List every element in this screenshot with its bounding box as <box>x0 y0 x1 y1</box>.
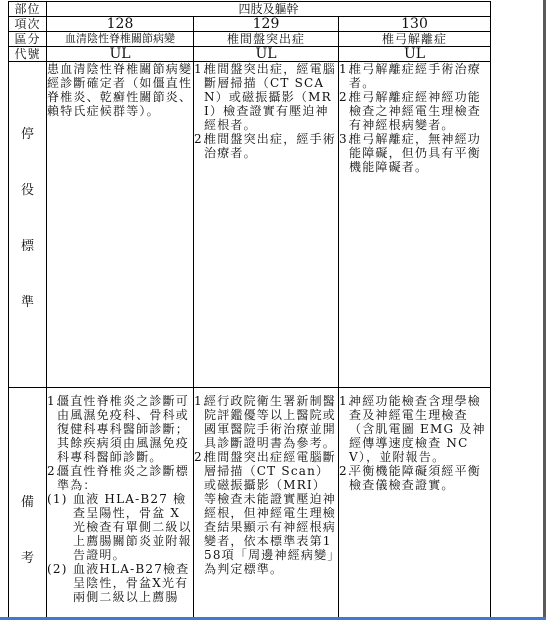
list-item: 1. 神經功能檢查含理學檢查及神經電生理檢查（含肌電圖 EMG 及神經傳導速度檢… <box>339 394 490 464</box>
list-item: 2. 平衡機能障礙須經平衡檢查儀檢查證實。 <box>339 464 490 492</box>
list-item: 1. 椎間盤突出症，經電腦斷層掃描（CT SCAN）或磁振攝影（MRI）檢查證實… <box>194 62 338 132</box>
part-row: 部位 四肢及軀幹 <box>9 2 491 17</box>
list-item: 3. 椎弓解離症，無神經功能障礙，但仍具有平衡機能障礙者。 <box>339 132 490 174</box>
standard-label-char: 役 <box>9 184 46 198</box>
standard-label-char: 準 <box>9 296 46 310</box>
part-value: 四肢及軀幹 <box>47 2 491 17</box>
remarks-129: 1. 經行政院衛生署新制醫院評鑑優等以上醫院或國軍醫院手術治療並開具診斷證明書為… <box>194 388 339 618</box>
code-label: 代號 <box>9 47 47 62</box>
list-item: 2. 椎間盤突出症經電腦斷層掃描（CT Scan）或磁振攝影（MRI）等檢查未能… <box>194 450 338 576</box>
list-item: 1. 僵直性脊椎炎之診斷可由風濕免疫科、骨科或復健科專科醫師診斷；其餘疾病須由風… <box>47 394 193 464</box>
remarks-label-char: 備 <box>9 496 46 510</box>
list-item: 1. 經行政院衛生署新制醫院評鑑優等以上醫院或國軍醫院手術治療並開具診斷證明書為… <box>194 394 338 450</box>
standard-128: 患血清陰性脊椎關節病變經診斷確定者（如僵直性脊椎炎、乾癬性關節炎、賴特氏症候群等… <box>47 62 194 388</box>
remarks-130: 1. 神經功能檢查含理學檢查及神經電生理檢查（含肌電圖 EMG 及神經傳導速度檢… <box>339 388 491 618</box>
remarks-row: 備 考 1. 僵直性脊椎炎之診斷可由風濕免疫科、骨科或復健科專科醫師診斷；其餘疾… <box>9 388 491 618</box>
remarks-label: 備 考 <box>9 388 47 618</box>
list-item: 2. 椎弓解離症經神經功能檢查之神經電生理檢查有神經根病變者。 <box>339 90 490 132</box>
standard-row: 停 役 標 準 患血清陰性脊椎關節病變經診斷確定者（如僵直性脊椎炎、乾癬性關節炎… <box>9 62 491 388</box>
category-row: 區分 血清陰性脊椎關節病變 椎間盤突出症 椎弓解離症 <box>9 32 491 47</box>
item-no-130: 130 <box>339 17 491 32</box>
sub-list-item: (2) 血液HLA-B27檢查呈陰性，骨盆X光有兩側二級以上薦腸 <box>47 562 193 604</box>
list-item: 2. 椎間盤突出症，經手術治療者。 <box>194 132 338 160</box>
list-item: 1. 椎弓解離症經手術治療者。 <box>339 62 490 90</box>
item-no-129: 129 <box>194 17 339 32</box>
category-128: 血清陰性脊椎關節病變 <box>47 32 194 47</box>
remarks-128: 1. 僵直性脊椎炎之診斷可由風濕免疫科、骨科或復健科專科醫師診斷；其餘疾病須由風… <box>47 388 194 618</box>
category-130: 椎弓解離症 <box>339 32 491 47</box>
standard-label-char: 標 <box>9 240 46 254</box>
code-row: 代號 UL UL UL <box>9 47 491 62</box>
category-129: 椎間盤突出症 <box>194 32 339 47</box>
remarks-label-char: 考 <box>9 552 46 566</box>
code-128: UL <box>47 47 194 62</box>
item-label: 項次 <box>9 17 47 32</box>
standard-label-char: 停 <box>9 128 46 142</box>
item-no-128: 128 <box>47 17 194 32</box>
part-label: 部位 <box>9 2 47 17</box>
code-130: UL <box>339 47 491 62</box>
document-page: 部位 四肢及軀幹 項次 128 129 130 區分 血清陰性脊椎關節病變 椎間… <box>0 0 543 617</box>
list-item: 2. 僵直性脊椎炎之診斷標準為： <box>47 464 193 492</box>
standard-129: 1. 椎間盤突出症，經電腦斷層掃描（CT SCAN）或磁振攝影（MRI）檢查證實… <box>194 62 339 388</box>
category-label: 區分 <box>9 32 47 47</box>
standard-128-text: 患血清陰性脊椎關節病變經診斷確定者（如僵直性脊椎炎、乾癬性關節炎、賴特氏症候群等… <box>47 62 193 118</box>
code-129: UL <box>194 47 339 62</box>
item-number-row: 項次 128 129 130 <box>9 17 491 32</box>
standard-130: 1. 椎弓解離症經手術治療者。 2. 椎弓解離症經神經功能檢查之神經電生理檢查有… <box>339 62 491 388</box>
standard-label: 停 役 標 準 <box>9 62 47 388</box>
sub-list-item: (1) 血液 HLA-B27 檢查呈陽性，骨盆 X 光檢查有單側二級以上薦腸關節… <box>47 492 193 562</box>
disability-standards-table: 部位 四肢及軀幹 項次 128 129 130 區分 血清陰性脊椎關節病變 椎間… <box>8 1 491 617</box>
